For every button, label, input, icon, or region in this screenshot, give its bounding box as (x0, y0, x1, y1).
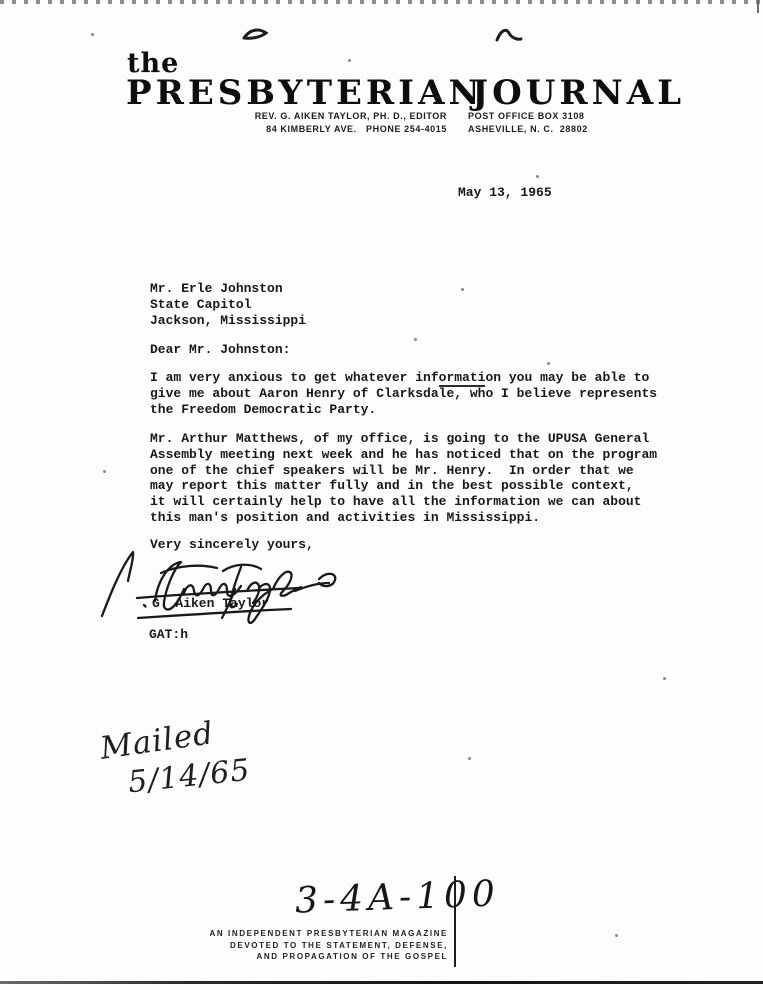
scan-speck (103, 470, 106, 473)
letterhead-title-presbyterian: PRESBYTERIAN (126, 76, 484, 110)
typist-initials: GAT:h (149, 627, 188, 643)
scanned-letter-page: the PRESBYTERIAN JOURNAL REV. G. AIKEN T… (0, 0, 763, 990)
scan-speck (615, 934, 618, 937)
letter-date: May 13, 1965 (458, 185, 552, 201)
letterhead-editor-lines: REV. G. AIKEN TAYLOR, PH. D., EDITOR 84 … (255, 110, 447, 136)
footer-motto: AN INDEPENDENT PRESBYTERIAN MAGAZINE DEV… (209, 928, 448, 963)
handwritten-file-code: 3-4A-100 (294, 876, 500, 919)
pen-mark-left-icon (242, 26, 272, 44)
salutation: Dear Mr. Johnston: (150, 342, 290, 358)
handwritten-mailed-date: 5/14/65 (127, 756, 252, 799)
scan-speck (547, 362, 550, 365)
signature-handwriting (95, 545, 345, 630)
scan-speck (663, 677, 666, 680)
letterhead-address-lines: POST OFFICE BOX 3108 ASHEVILLE, N. C. 28… (468, 110, 588, 136)
scan-speck (468, 757, 471, 760)
page-bottom-rule (0, 981, 763, 984)
body-paragraph-1: I am very anxious to get whatever inform… (150, 370, 657, 417)
body-paragraph-2: Mr. Arthur Matthews, of my office, is go… (150, 431, 657, 526)
smudge-underlined-text: ormati (439, 370, 486, 387)
footer-vertical-rule (454, 876, 456, 967)
scan-speck (414, 338, 417, 341)
paragraph-text: I am very anxious to get whatever inf (150, 370, 439, 385)
scan-speck (536, 175, 539, 178)
scan-top-dashed-edge (0, 0, 763, 4)
scan-speck (461, 288, 464, 291)
scan-speck (348, 59, 351, 62)
scan-speck (91, 33, 94, 36)
scan-corner-tick (757, 0, 759, 13)
typed-signature-name: G. Aiken Taylor (152, 596, 269, 612)
pen-mark-right-icon (495, 26, 525, 44)
recipient-address: Mr. Erle Johnston State Capitol Jackson,… (150, 281, 306, 329)
letterhead-title-journal: JOURNAL (472, 76, 685, 110)
